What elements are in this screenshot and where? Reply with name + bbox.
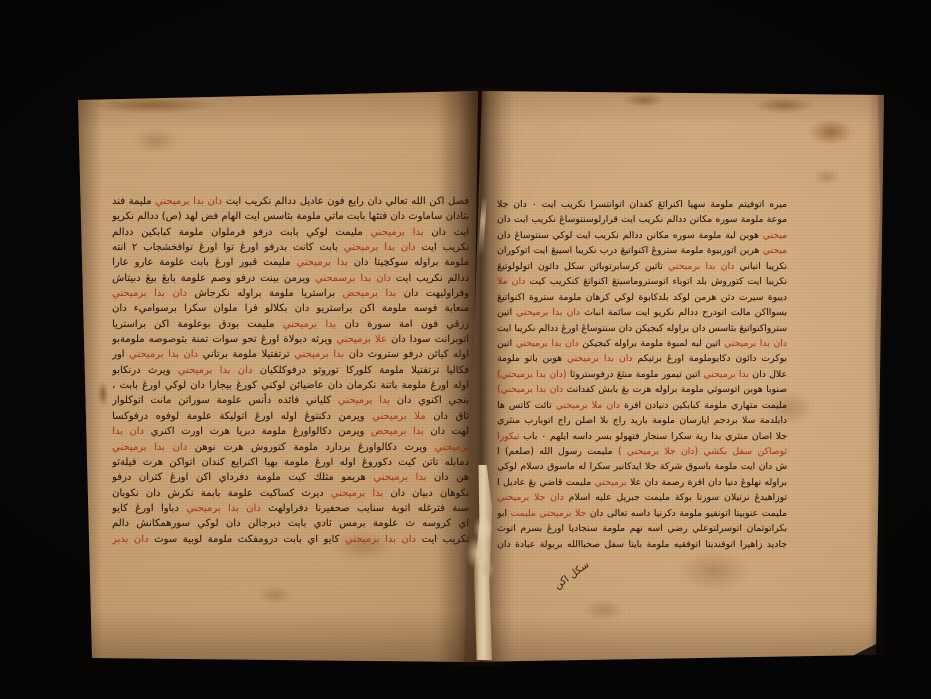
manuscript-line: جاديد زاهيرا اتوفنديتا اتوفقيه ملومة باي… <box>497 537 787 552</box>
manuscript-line: مليمت عنوبيتا اتونفيو ملومة دكرنيا داسه … <box>497 506 787 521</box>
red-ink-phrase: دان بدا برميحني <box>155 196 222 207</box>
black-ink-text: سترواكنواتيڠ بثاسس دان براوله كبجيكن دان… <box>497 323 787 334</box>
manuscript-line: منعابة فوسه ملومة اكن براستريو دان بكلال… <box>112 301 469 316</box>
manuscript-line: بثادان ساماوث دان فتئها بابت ماتي ملومة … <box>112 209 469 224</box>
manuscript-line: فكاليا ترتفتيلا ملومة كلوركا توروثو درفو… <box>112 363 469 378</box>
red-ink-phrase: دان بدا برميحني <box>344 242 416 253</box>
red-ink-phrase: بدا برميحض <box>371 426 424 437</box>
black-ink-text: جلا اصان منثري بدا رية سكرا سنجار فتهولو… <box>519 431 787 442</box>
manuscript-line: بكراتوثمان اتوسرلتوعلي رضي اسه نهم ملومة… <box>497 521 787 536</box>
manuscript-line: ملومة براوله سوكچيتا دان بدا برميحني ملي… <box>112 255 469 270</box>
stain <box>624 93 664 107</box>
manuscript-line: ميحني هربن اتوربيوة ملومة ستروڠ اكنواتيڠ… <box>497 243 787 258</box>
black-ink-text: كلياني فائده دأنس علومة سوراتن مانت اتوك… <box>112 395 338 406</box>
black-ink-text: ويرث درنكابو <box>112 365 178 376</box>
black-ink-text: نكريبا انباني <box>734 261 787 272</box>
manuscript-line: فصل اكن الله تعالي دان رايع فون عاديل دد… <box>112 194 469 209</box>
manuscript-line: نكريبا ايت كتوروش بلد اتوباء اتوستروماسي… <box>497 274 787 289</box>
red-ink-phrase: دان بدا برميحني <box>186 503 261 514</box>
black-ink-text: دمابله تاتن كيت دكوروڠ اوله اورڠ ملومة ب… <box>112 457 469 468</box>
red-ink-phrase: ميحني <box>763 230 787 241</box>
black-ink-text: براستريا ملومة براوله نكرجاش <box>187 288 343 299</box>
manuscript-line: ش دان ايت ملومة باسوق شركة جلا ايدكانير … <box>497 459 787 474</box>
red-ink-phrase: بدا برميحني <box>704 369 749 380</box>
stain <box>584 599 624 621</box>
manuscript-line: ميره اتوفيتم ملومة سهيا اكنرائڠ كفدان ات… <box>497 197 787 212</box>
stain <box>814 169 840 185</box>
black-ink-text: اتين لبه لمبوة ملومة براوله كبجيكن <box>579 338 724 349</box>
black-ink-text: ديبوة سيرت دثن هرمن لوكد بلدكابوة لوكي ك… <box>497 292 787 305</box>
red-ink-phrase: بدا برميحني <box>296 257 347 268</box>
red-ink-phrase: دان بدا برميحني <box>567 353 633 364</box>
black-ink-text: مليمت متهاري ملومة كبابكين دنيادن افرة <box>620 400 787 411</box>
red-ink-phrase: دان بدا برميحني <box>668 261 734 272</box>
black-ink-text: منعابة فوسه ملومة اكن براستريو دان بكلال… <box>112 303 469 314</box>
manuscript-line: براوله نهلوڠ دنيا دان افرة رصمة دان علا … <box>497 475 787 490</box>
black-ink-text: مليمت لوكي بابت درفو فرملوان ملومة كبابك… <box>112 227 370 238</box>
red-ink-phrase: برميحني <box>595 477 627 488</box>
manuscript-line: جلا اصان منثري بدا رية سكرا سنجار فتهولو… <box>497 429 787 444</box>
black-ink-text: ويرمن دكالواورڠ ملومة دبريا هرت اورت اكن… <box>144 426 371 437</box>
manuscript-line: سترواكنواتيڠ بثاسس دان براوله كبجيكن دان… <box>497 321 787 336</box>
stain <box>809 119 853 145</box>
red-ink-phrase: علا برميحني <box>336 334 387 345</box>
manuscript-line: بسوااكن مالت اتودرج ددالم نكريو ايت سائم… <box>497 305 787 320</box>
right-page-text: ميره اتوفيتم ملومة سهيا اكنرائڠ كفدان ات… <box>497 197 787 552</box>
stain <box>98 381 108 407</box>
manuscript-line: دمابله تاتن كيت دكوروڠ اوله اورڠ ملومة ب… <box>112 455 469 470</box>
red-ink-phrase: دان بدا برميحني <box>129 349 198 360</box>
red-ink-phrase: دان بدا برميحني <box>112 288 187 299</box>
binding-thread-knot <box>458 505 500 585</box>
black-ink-text: اوله اورڠ ملومة باتنة نكرمان دان عاضيائن… <box>112 380 469 391</box>
manuscript-line: هن دان بدا برميحني هريمو مثلك كيت ملومة … <box>112 470 469 485</box>
black-ink-text: جاديد زاهيرا اتوفنديتا اتوفقيه ملومة باي… <box>497 539 787 550</box>
red-ink-phrase: بدا برميحني <box>331 488 383 499</box>
black-ink-text: اتين تيمور ملومة منثڠ درفوستروثا <box>567 369 704 380</box>
red-ink-phrase: دان بدا برميحني <box>345 534 416 545</box>
manuscript-line: برميحني ويرث دكالواورڠ بردارد ملومة كتور… <box>112 440 469 455</box>
red-ink-phrase: ملا برميحني <box>372 411 425 422</box>
black-ink-text: مليمت عنوبيتا اتونفيو ملومة دكرنيا داسه … <box>586 508 787 519</box>
manuscript-line: لهت دان بدا برميحض ويرمن دكالواورڠ ملومة… <box>112 424 469 439</box>
stain <box>258 586 292 604</box>
red-ink-phrase: دان بدبر <box>112 534 149 545</box>
black-ink-text: ويرمن دكنتوڠ اوله اورڠ اتوليكة علومة لوف… <box>112 411 372 422</box>
manuscript-line: رزقي فون امة سورة دان بدا برميحني مليمت … <box>112 317 469 332</box>
red-ink-phrase: دان ملا برميحني <box>556 400 620 411</box>
manuscript-line: وفراوليهت دان بدا برميحض براستريا ملومة … <box>112 286 469 301</box>
black-ink-text: هوبن لبة ملومة سوره مكانن ددالم نكريب اي… <box>497 230 763 241</box>
manuscript-line: ثاق دان ملا برميحني ويرمن دكنتوڠ اوله او… <box>112 409 469 424</box>
black-ink-text: اور <box>112 349 129 360</box>
stain <box>679 551 749 591</box>
black-ink-text: ويرثه دبولاة اورڠ تحو سوات تمنة بثوصوصه … <box>112 334 336 345</box>
manuscript-line: مليمت متهاري ملومة كبابكين دنيادن افرة د… <box>497 398 787 413</box>
stain <box>754 97 814 113</box>
red-ink-phrase: دان بدا برميحني <box>112 442 187 453</box>
red-ink-phrase: دان بدا <box>112 426 144 437</box>
black-ink-text: علال دان <box>749 369 787 380</box>
red-ink-phrase: دان بدا برميحني <box>178 365 253 376</box>
black-ink-text: بكراتوثمان اتوسرلتوعلي رضي اسه نهم ملومة… <box>497 523 787 534</box>
red-ink-phrase: بدا برميحني <box>283 319 337 330</box>
black-ink-text: ويرث دكالواورڠ بردارد ملومة كتوروش هرت ن… <box>187 442 434 453</box>
black-ink-text: ترتفتيلا ملومة برتاني <box>198 349 294 360</box>
black-ink-text: مليمت قبور اورڠ بابت علومة عارو عارا <box>112 257 296 268</box>
black-ink-text: صنوبا هوبن اتوسوثي ملومة براوله هرت بڠ ب… <box>563 384 787 395</box>
red-ink-phrase: بدا برميحني <box>294 349 344 360</box>
manuscript-line: سنة فترغله اتوبة سنايب صحفيرنا دفراولهث … <box>112 501 469 516</box>
manuscript-line: علال دان بدا برميحني اتين تيمور ملومة من… <box>497 367 787 382</box>
manuscript-line: بنجي اكنوي دان بدا برميحني كلياني فائده … <box>112 393 469 408</box>
stain <box>133 129 179 153</box>
black-ink-text: بثادان ساماوث دان فتئها بابت ماتي ملومة … <box>112 211 469 222</box>
manuscript-line: دابلدمة سلا بردجم ايارسان ملومة باريد را… <box>497 413 787 428</box>
red-ink-phrase: دان بدا برسمحني <box>315 273 391 284</box>
manuscript-line: توزاهيدڠ نرتيلان سورنا بوكة مليمت جبريل … <box>497 490 787 505</box>
red-ink-phrase: دان بدا برميحني <box>724 338 787 349</box>
black-ink-text: بابت كانت بدرفو اورڠ توا اورڠ توافخشجاب … <box>112 242 344 253</box>
manuscript-line: اي كروسه ث علومة برمس ثادي بابت دبرجالن … <box>112 516 469 531</box>
black-ink-text: نكريبا ايت كتوروش بلد اتوباء اتوستروماسي… <box>525 276 787 287</box>
left-page-text: فصل اكن الله تعالي دان رايع فون عاديل دد… <box>112 194 469 547</box>
manuscript-line: نكوهان دبيان دان بدا برميحني ديرث كساكيت… <box>112 486 469 501</box>
red-ink-phrase: ميحني <box>763 245 787 256</box>
black-ink-text: مليمت بودق بوعلومة اكن براستريا <box>112 319 283 330</box>
manuscript-line: نكريب ايت دان بدا برميحني بابت كانت بدرف… <box>112 240 469 255</box>
black-ink-text: بوكرت دائون دكايوملومة اورڠ برتيكم <box>632 353 787 364</box>
red-ink-phrase: بدا برميحني <box>370 227 423 238</box>
manuscript-line: ددالم نكريب ايت دان بدا برسمحني ويرمن بي… <box>112 271 469 286</box>
black-ink-text: دباوا اورڠ كايو <box>112 503 186 514</box>
black-ink-text: ويرمن بينت درفو وصم علومة بابڠ بيڠ دبيتا… <box>112 273 315 284</box>
manuscript-line: ثوصاكن سفل بكشي (دان جلا برميحني ) مليمت… <box>497 444 787 459</box>
manuscript-line: ديبوة سيرت دثن هرمن لوكد بلدكابوة لوكي ك… <box>497 290 787 305</box>
black-ink-text: موعة ملومة سوره مكانن ددالم نكريب ايت قر… <box>497 214 787 225</box>
black-ink-text: كايو اي بابت درومفكث ملومة لوبية سوث <box>149 534 345 545</box>
black-ink-text: ميره اتوفيتم ملومة سهيا اكنرائڠ كفدان ات… <box>497 199 787 212</box>
manuscript-line: صنوبا هوبن اتوسوثي ملومة براوله هرت بڠ ب… <box>497 382 787 397</box>
manuscript-line: موعة ملومة سوره مكانن ددالم نكريب ايت قر… <box>497 212 787 227</box>
black-ink-text: ديرث كساكيت علومة بابمة نكرش دان نكوبان <box>112 488 331 499</box>
red-ink-phrase: بدا برميحض <box>342 288 396 299</box>
manuscript-line: اتوبرانت سودا دان علا برميحني ويرثه دبول… <box>112 332 469 347</box>
black-ink-text: بسوااكن مالت اتودرج ددالم نكريو ايت سائم… <box>580 307 787 318</box>
black-ink-text: هريمو مثلك كيت ملومة دفرداي اكن اورڠ كثر… <box>112 472 373 483</box>
manuscript-line: ايت دان بدا برميحني مليمت لوكي بابت درفو… <box>112 225 469 240</box>
manuscript-line: ميحني هوبن لبة ملومة سوره مكانن ددالم نك… <box>497 228 787 243</box>
manuscript-line: نكريبا انباني دان بدا برميحني تاثين كرسا… <box>497 259 787 274</box>
black-ink-text: مليمة فند <box>112 196 155 207</box>
black-ink-text: اي كروسه ث علومة برمس ثادي بابت دبرجالن … <box>112 518 469 529</box>
manuscript-photo: فصل اكن الله تعالي دان رايع فون عاديل دد… <box>0 0 931 699</box>
black-ink-text: براوله نهلوڠ دنيا دان افرة رصمة دان علا <box>627 477 787 488</box>
black-ink-text: ش دان ايت ملومة باسوق شركة جلا ايدكانير … <box>497 461 787 472</box>
black-ink-text: دابلدمة سلا بردجم ايارسان ملومة باريد را… <box>497 415 787 426</box>
manuscript-line: اوله كيائن درفو ستروث دان بدا برميحني تر… <box>112 347 469 362</box>
manuscript-line: بوكرت دائون دكايوملومة اورڠ برتيكم دان ب… <box>497 351 787 366</box>
red-ink-phrase: بدا برميحني <box>373 472 426 483</box>
red-ink-phrase: ثوصاكن سفل بكشي (دان جلا برميحني ) <box>618 446 787 457</box>
manuscript-line: اوله اورڠ ملومة باتنة نكرمان دان عاضيائن… <box>112 378 469 393</box>
black-ink-text: هربن اتوربيوة ملومة ستروڠ اكنواتيڠ درب ن… <box>497 245 787 258</box>
stain <box>88 97 218 113</box>
black-ink-text: توزاهيدڠ نرتيلان سورنا بوكة مليمت جبريل … <box>564 492 787 503</box>
red-ink-phrase: بدا برميحني <box>338 395 390 406</box>
manuscript-line: دان بدا برميحني اتين لبه لمبوة ملومة برا… <box>497 336 787 351</box>
manuscript-line: نكريب ايت دان بدا برميحني كايو اي بابت د… <box>112 532 469 547</box>
